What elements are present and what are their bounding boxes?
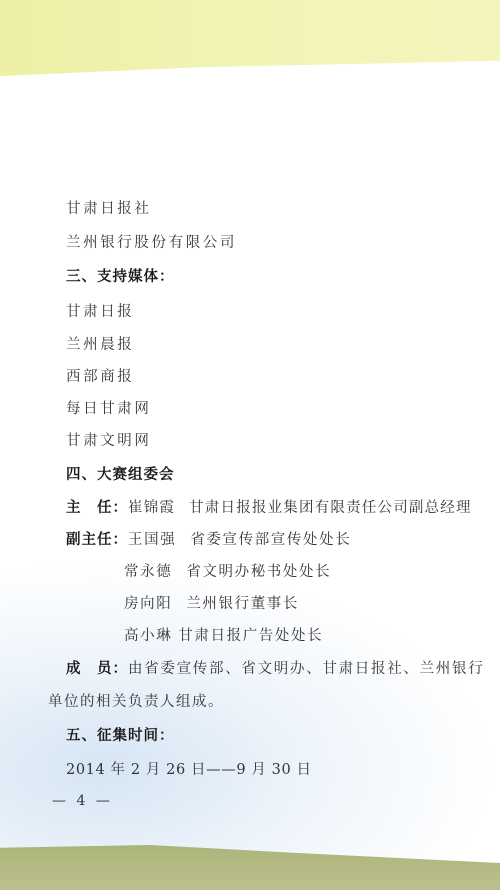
- media-item: 甘肃日报: [66, 300, 134, 321]
- deputy-title: 省文明办秘书处处长: [186, 564, 331, 580]
- members-text: 由省委宣传部、省文明办、甘肃日报社、兰州银行: [128, 661, 484, 677]
- page-number: — 4 —: [52, 793, 113, 809]
- deputy-name: 王国强: [128, 532, 176, 548]
- committee-deputy-row: 副主任：王国强省委宣传部宣传处处长: [66, 528, 351, 549]
- section-heading-collection-time: 五、征集时间：: [66, 724, 175, 745]
- director-label: 主 任：: [66, 500, 128, 516]
- deputy-title: 兰州银行董事长: [186, 596, 299, 612]
- media-item: 每日甘肃网: [66, 397, 152, 418]
- committee-deputy-row: 常永德省文明办秘书处处长: [124, 560, 331, 581]
- committee-members-row: 成 员：由省委宣传部、省文明办、甘肃日报社、兰州银行: [66, 657, 484, 678]
- deputy-label: 副主任：: [66, 532, 128, 548]
- director-title: 甘肃日报报业集团有限责任公司副总经理: [189, 500, 472, 516]
- deputy-title: 甘肃日报广告处处长: [178, 628, 323, 644]
- organizer-item: 甘肃日报社: [66, 197, 152, 218]
- director-name: 崔锦霞: [128, 500, 175, 516]
- members-text-continued: 单位的相关负责人组成。: [48, 690, 224, 711]
- collection-period: 2014 年 2 月 26 日——9 月 30 日: [66, 758, 312, 779]
- organizer-item: 兰州银行股份有限公司: [66, 231, 237, 252]
- deputy-name: 高小琳: [124, 628, 172, 644]
- section-heading-committee: 四、大赛组委会: [66, 463, 175, 484]
- media-item: 西部商报: [66, 365, 134, 386]
- deputy-title: 省委宣传部宣传处处长: [190, 532, 351, 548]
- media-item: 兰州晨报: [66, 333, 134, 354]
- media-item: 甘肃文明网: [66, 429, 152, 450]
- committee-director-row: 主 任：崔锦霞甘肃日报报业集团有限责任公司副总经理: [66, 496, 472, 517]
- section-heading-support-media: 三、支持媒体：: [66, 265, 175, 286]
- page-top-background: [0, 0, 500, 80]
- committee-deputy-row: 房向阳兰州银行董事长: [124, 592, 299, 613]
- deputy-name: 常永德: [124, 564, 172, 580]
- deputy-name: 房向阳: [124, 596, 172, 612]
- members-label: 成 员：: [66, 661, 128, 677]
- committee-deputy-row: 高小琳甘肃日报广告处处长: [124, 624, 323, 645]
